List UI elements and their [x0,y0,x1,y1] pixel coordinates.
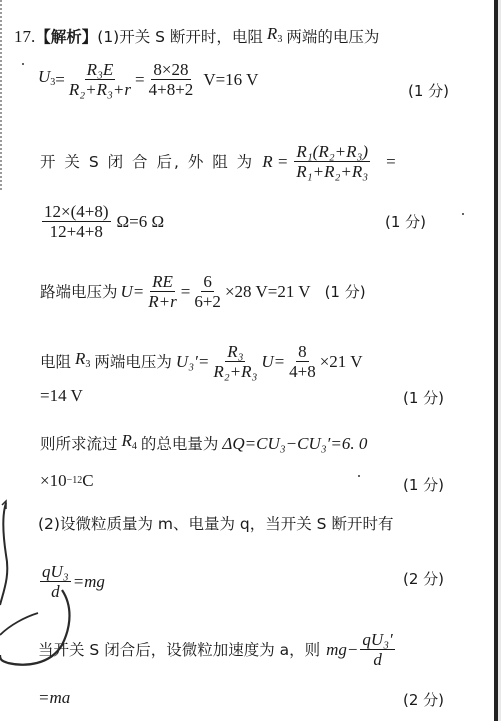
fraction-qu3prime-d: qU₃′ d [360,630,394,669]
score-3: (1 分) [325,282,366,302]
fraction-numeric: 8×28 4+8+2 [147,60,196,99]
r-result: Ω=6 Ω [117,212,165,232]
symbol-r3: R3 [267,24,282,50]
closed-switch-text: 开 关 S 闭 合 后, 外 阻 为 [40,152,254,172]
equation-u3-result: =14 V [40,386,83,406]
fraction-re: RE R+r [146,272,178,311]
fraction-r3e: R₃E R₂+R₃+r [67,60,133,99]
speck [22,63,24,65]
fraction-r-parallel: R₁(R₂+R₃) R₁+R₂+R₃ [294,142,370,181]
part1-intro: (1)开关 S 断开时，电阻 [97,27,263,47]
u3-result: V=16 V [203,70,258,90]
problem-number: 17. [14,27,35,47]
score-6: (2 分) [403,568,444,589]
speck [462,213,464,215]
equation-terminal-voltage: 路端电压为 U= RE R+r = 6 6+2 ×28 V=21 V (1 分) [40,272,366,311]
score-2: (1 分) [385,211,426,232]
score-1: (1 分) [408,80,449,101]
problem-heading: 17. 【解析】 (1)开关 S 断开时，电阻 R3 两端的电压为 [14,24,379,50]
u3-lhs: U3 [38,67,55,93]
document-page: 17. 【解析】 (1)开关 S 断开时，电阻 R3 两端的电压为 U3 = R… [0,0,501,721]
equation-charge: 则所求流过 R4 的总电量为 ΔQ=CU₃−CU₃′=6. 0 [40,431,367,457]
equation-r-value: 12×(4+8) 12+4+8 Ω=6 Ω [40,202,164,241]
equation-u3-closed: 电阻 R3 两端电压为 U₃′= R₃ R₂+R₃ U= 8 4+8 ×21 V [40,342,363,381]
score-4: (1 分) [403,387,444,408]
equation-acceleration: 当开关 S 闭合后，设微粒加速度为 a，则 mg− qU₃′ d [38,630,397,669]
left-dotted-border [0,0,4,190]
hand-drawn-sketch [0,495,80,695]
speck [358,475,360,477]
equation-r-external: 开 关 S 闭 合 后, 外 阻 为 R = R₁(R₂+R₃) R₁+R₂+R… [40,142,396,181]
fraction-8: 8 4+8 [287,342,318,381]
part2-intro: (2)设微粒质量为 m、电量为 q，当开关 S 断开时有 [38,514,393,534]
part1-intro-tail: 两端的电压为 [286,27,379,47]
fraction-r3-ratio: R₃ R₂+R₃ [211,342,259,381]
score-7: (2 分) [403,689,444,710]
score-5: (1 分) [403,474,444,495]
fraction-6: 6 6+2 [192,272,223,311]
fraction-r-numeric: 12×(4+8) 12+4+8 [42,202,111,241]
equation-u3-open: U3 = R₃E R₂+R₃+r = 8×28 4+8+2 V=16 V [38,60,258,99]
equation-charge-result: ×10−12 C [40,471,94,491]
analysis-tag: 【解析】 [35,27,97,47]
